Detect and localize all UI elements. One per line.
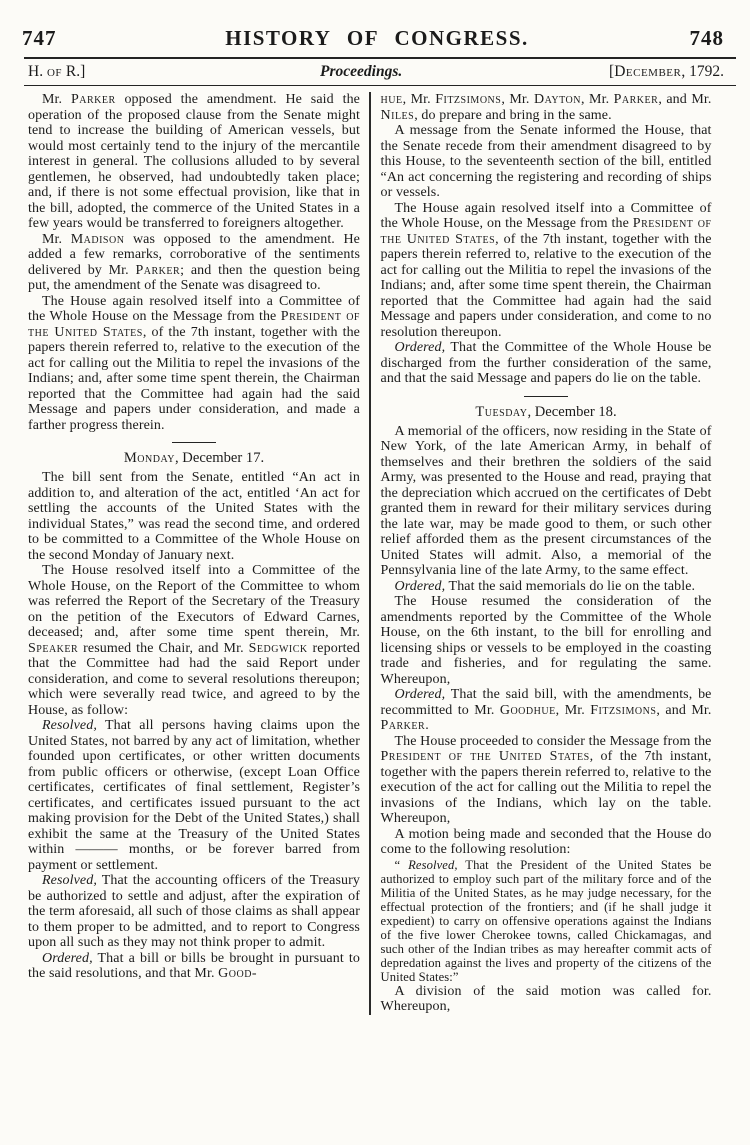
text-segment: Parker bbox=[135, 263, 180, 278]
column-left: Mr. Parker opposed the amendment. He sai… bbox=[28, 92, 369, 1015]
text-segment: , December 17. bbox=[175, 450, 264, 466]
text-segment: A message from the Senate informed the H… bbox=[381, 123, 712, 200]
text-segment: Mr. bbox=[42, 232, 71, 247]
text-segment: Ordered, bbox=[42, 951, 93, 966]
text-segment: December bbox=[614, 63, 681, 80]
paragraph: The House proceeded to consider the Mess… bbox=[381, 734, 712, 827]
text-segment: That all persons having claims upon the … bbox=[28, 718, 360, 873]
text-segment: “ bbox=[395, 858, 409, 872]
paragraph: Resolved, That the accounting officers o… bbox=[28, 873, 360, 951]
paragraph: The House again resolved itself into a C… bbox=[28, 294, 360, 434]
text-segment: The bill sent from the Senate, entitled … bbox=[28, 470, 360, 563]
text-segment: Mr. bbox=[42, 92, 71, 107]
text-segment: Monday bbox=[124, 450, 175, 466]
text-segment: , of the 7th instant, together with the … bbox=[28, 325, 360, 433]
text-segment: A division of the said motion was called… bbox=[381, 984, 712, 1015]
text-segment: , and Mr. bbox=[658, 92, 711, 107]
header-top-row: 747 HISTORY OF CONGRESS. 748 bbox=[0, 26, 750, 57]
paragraph: Ordered, That the said memorials do lie … bbox=[381, 579, 712, 595]
paragraph: Ordered, That a bill or bills be brought… bbox=[28, 951, 360, 982]
text-segment: Dayton bbox=[534, 92, 581, 107]
text-segment: Madison bbox=[71, 232, 125, 247]
paragraph: “ Resolved, That the President of the Un… bbox=[381, 858, 712, 984]
text-segment: H. bbox=[28, 63, 47, 80]
text-segment: That the President of the United States … bbox=[381, 858, 712, 984]
paragraph: Mr. Parker opposed the amendment. He sai… bbox=[28, 92, 360, 232]
text-segment: , do prepare and bring in the same. bbox=[414, 108, 612, 123]
date-label: [December, 1792. bbox=[609, 63, 724, 81]
paragraph: The bill sent from the Senate, entitled … bbox=[28, 470, 360, 563]
text-segment: , Mr. bbox=[501, 92, 534, 107]
paragraph: The House resumed the consideration of t… bbox=[381, 594, 712, 687]
chamber-label: H. of R.] bbox=[28, 63, 85, 81]
section-divider-rule bbox=[524, 396, 568, 397]
proceedings-label: Proceedings. bbox=[320, 63, 402, 81]
paragraph: A motion being made and seconded that th… bbox=[381, 827, 712, 858]
text-segment: Sedgwick bbox=[249, 641, 308, 656]
column-right: hue, Mr. Fitzsimons, Mr. Dayton, Mr. Par… bbox=[371, 92, 712, 1015]
text-segment: A memorial of the officers, now residing… bbox=[381, 424, 712, 579]
page-number-right: 748 bbox=[690, 26, 725, 51]
paragraph: The House again resolved itself into a C… bbox=[381, 201, 712, 341]
text-segment: Good- bbox=[218, 966, 257, 981]
paragraph: A memorial of the officers, now residing… bbox=[381, 424, 712, 579]
text-segment: , and Mr. bbox=[656, 703, 711, 718]
text-segment: Ordered, bbox=[395, 687, 446, 702]
page-number-left: 747 bbox=[22, 26, 57, 51]
text-segment: Tuesday bbox=[475, 404, 527, 420]
text-segment: The House resolved itself into a Committ… bbox=[28, 563, 360, 640]
text-segment: A motion being made and seconded that th… bbox=[381, 827, 712, 858]
text-segment: , Mr. bbox=[581, 92, 614, 107]
paragraph: Resolved, That all persons having claims… bbox=[28, 718, 360, 873]
text-segment: Fitzsimons bbox=[590, 703, 656, 718]
section-heading: Monday, December 17. bbox=[28, 450, 360, 467]
text-segment: Speaker bbox=[28, 641, 78, 656]
text-segment: Fitzsimons bbox=[435, 92, 501, 107]
text-segment: Parker bbox=[381, 718, 426, 733]
text-segment: Resolved, bbox=[42, 718, 97, 733]
text-segment: President of the United States bbox=[381, 749, 590, 764]
text-segment: Parker bbox=[614, 92, 659, 107]
text-segment: , December 18. bbox=[527, 404, 616, 420]
paragraph: A message from the Senate informed the H… bbox=[381, 123, 712, 201]
text-segment: Ordered, bbox=[395, 579, 446, 594]
paragraph: Ordered, That the said bill, with the am… bbox=[381, 687, 712, 734]
text-segment: The House proceeded to consider the Mess… bbox=[395, 734, 712, 749]
section-heading: Tuesday, December 18. bbox=[381, 404, 712, 421]
text-segment: Goodhue bbox=[500, 703, 556, 718]
paragraph: hue, Mr. Fitzsimons, Mr. Dayton, Mr. Par… bbox=[381, 92, 712, 123]
paragraph: Mr. Madison was opposed to the amendment… bbox=[28, 232, 360, 294]
paragraph: Ordered, That the Committee of the Whole… bbox=[381, 340, 712, 387]
text-segment: That the said memorials do lie on the ta… bbox=[445, 579, 695, 594]
header-sub-row: H. of R.] Proceedings. [December, 1792. bbox=[0, 59, 750, 85]
paragraph: The House resolved itself into a Committ… bbox=[28, 563, 360, 718]
text-segment: opposed the amendment. He said the opera… bbox=[28, 92, 360, 231]
text-segment: R.] bbox=[62, 63, 85, 80]
text-segment: , Mr. bbox=[556, 703, 591, 718]
paragraph: A division of the said motion was called… bbox=[381, 984, 712, 1015]
page-title: HISTORY OF CONGRESS. bbox=[225, 26, 529, 51]
text-segment: Niles bbox=[381, 108, 415, 123]
text-segment: Resolved, bbox=[408, 858, 458, 872]
text-segment: Parker bbox=[71, 92, 116, 107]
text-segment: . bbox=[425, 718, 429, 733]
text-segment: of bbox=[47, 63, 62, 80]
text-segment: The House resumed the consideration of t… bbox=[381, 594, 712, 687]
text-segment: , 1792. bbox=[681, 63, 724, 80]
section-divider-rule bbox=[172, 442, 216, 443]
page: 747 HISTORY OF CONGRESS. 748 H. of R.] P… bbox=[0, 0, 750, 1145]
page-header: 747 HISTORY OF CONGRESS. 748 H. of R.] P… bbox=[0, 0, 750, 86]
text-segment: Ordered, bbox=[395, 340, 446, 355]
text-segment: , of the 7th instant, together with the … bbox=[381, 232, 712, 340]
text-segment: resumed the Chair, and Mr. bbox=[78, 641, 248, 656]
text-segment: Resolved, bbox=[42, 873, 97, 888]
text-segment: , Mr. bbox=[403, 92, 436, 107]
text-segment: hue bbox=[381, 92, 403, 107]
text-columns: Mr. Parker opposed the amendment. He sai… bbox=[0, 86, 750, 1015]
